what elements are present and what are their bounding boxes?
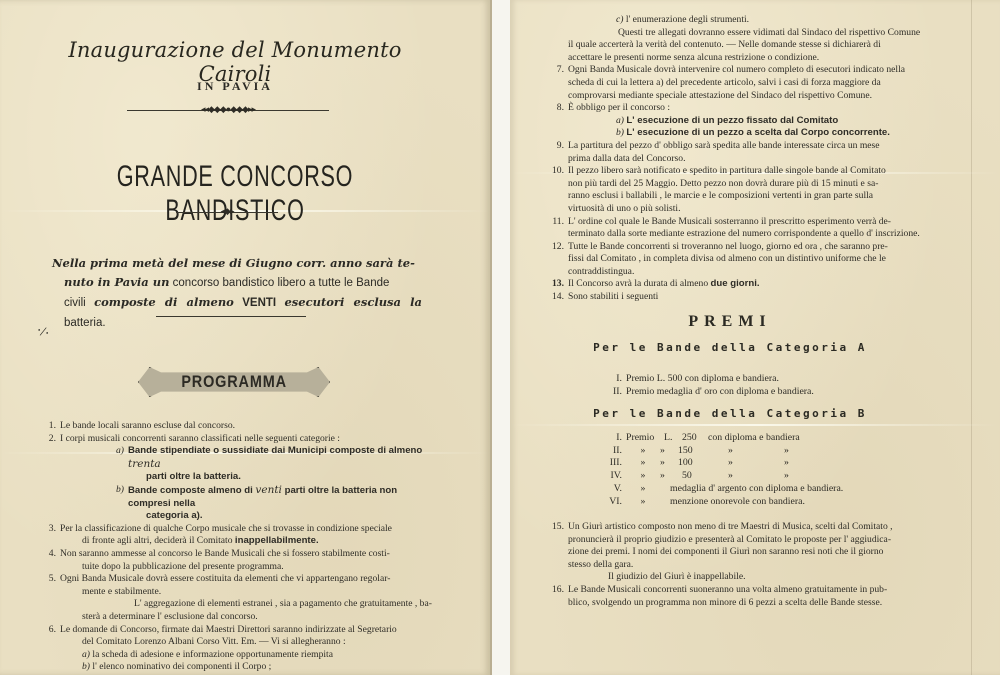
prize-cell: » bbox=[660, 457, 678, 470]
list-subitem: a) la scheda di adesione e informazione … bbox=[38, 649, 438, 662]
item-number: 11. bbox=[546, 216, 564, 229]
item-letter: b) bbox=[116, 484, 124, 497]
item-letter: b) bbox=[82, 661, 90, 672]
list-item: 5.Ogni Banda Musicale dovrà essere costi… bbox=[38, 573, 438, 623]
item-text: Ogni Banda Musicale dovrà essere costitu… bbox=[60, 573, 390, 584]
prize-text: medaglia d' argento con diploma e bandie… bbox=[660, 483, 843, 496]
item-number: 3. bbox=[38, 523, 56, 536]
item-text: non più tardi del 25 Maggio. Detto pezzo… bbox=[568, 178, 878, 189]
list-item: 8.È obbligo per il concorso : bbox=[546, 102, 966, 115]
item-letter: a) bbox=[116, 445, 124, 458]
rules-list-final: 15.Un Giurì artistico composto non meno … bbox=[546, 521, 966, 609]
list-item: 15.Un Giurì artistico composto non meno … bbox=[546, 521, 966, 584]
item-text: sterà a determinare l' esclusione dal co… bbox=[60, 611, 258, 622]
list-item: 13.Il Concorso avrà la durata di almeno … bbox=[546, 278, 966, 291]
ornament-icon: ◂◂◆◆◆●◆◆◆▸▸ bbox=[190, 104, 266, 115]
prize-row: VI.»menzione onorevole con bandiera. bbox=[590, 496, 843, 509]
prize-cell: L. bbox=[664, 432, 682, 445]
item-text: virtuosità di uno o più solisti. bbox=[568, 203, 680, 214]
prize-cell: » bbox=[784, 457, 789, 470]
prize-amount: 100 bbox=[678, 457, 728, 470]
prize-text: Premio L. 500 con diploma e bandiera. bbox=[626, 373, 779, 386]
list-subitem: b) l' elenco nominativo dei componenti i… bbox=[38, 661, 438, 674]
banner-label: PROGRAMMA bbox=[181, 372, 287, 392]
page-title: GRANDE CONCORSO BANDISTICO bbox=[109, 160, 361, 228]
item-text: di fronte agli altri, deciderà il Comita… bbox=[60, 535, 235, 546]
prize-amount: 250 bbox=[682, 432, 708, 445]
item-number: 14. bbox=[546, 291, 564, 304]
item-text: La partitura del pezzo d' obbligo sarà s… bbox=[568, 140, 880, 151]
item-number: 4. bbox=[38, 548, 56, 561]
item-number: 15. bbox=[546, 521, 564, 534]
prize-cell: » bbox=[626, 470, 660, 483]
item-number: 5. bbox=[38, 573, 56, 586]
item-number: 10. bbox=[546, 165, 564, 178]
list-item: 7.Ogni Banda Musicale dovrà intervenire … bbox=[546, 64, 966, 102]
item-text: scheda di cui la lettera a) del preceden… bbox=[568, 77, 881, 88]
prize-row: II.Premio medaglia d' oro con diploma e … bbox=[590, 386, 814, 399]
item-number: 6. bbox=[38, 624, 56, 637]
prize-ordinal: II. bbox=[590, 386, 626, 399]
list-subitem: b) L' esecuzione di un pezzo a scelta da… bbox=[546, 127, 966, 140]
list-item: 4.Non saranno ammesse al concorso le Ban… bbox=[38, 548, 438, 573]
item-text: Tutte le Bande concorrenti si troveranno… bbox=[568, 241, 888, 252]
rules-list-continued: c) l' enumerazione degli strumenti. Ques… bbox=[546, 14, 966, 304]
intro-line: Nella prima metà del mese di Giugno corr… bbox=[52, 256, 415, 270]
list-subitem: c) l' enumerazione degli strumenti. bbox=[546, 14, 966, 27]
item-bold: due giorni. bbox=[711, 278, 760, 289]
item-text: fissi dal Comitato , in completa divisa … bbox=[568, 253, 886, 264]
list-subitem: b)Bande composte almeno di venti parti o… bbox=[38, 484, 438, 523]
list-paragraph: Questi tre allegati dovranno essere vidi… bbox=[546, 27, 966, 65]
paper-crease bbox=[510, 424, 1000, 426]
prize-cell: » bbox=[626, 457, 660, 470]
category-a-heading: Per le Bande della Categoria A bbox=[510, 341, 950, 354]
intro-paragraph: Nella prima metà del mese di Giugno corr… bbox=[52, 254, 422, 333]
item-emphasis: venti bbox=[255, 484, 282, 496]
intro-text: civili bbox=[64, 297, 94, 309]
list-item: 1.Le bande locali saranno escluse dal co… bbox=[38, 420, 438, 433]
divider bbox=[156, 316, 306, 317]
prize-cell: » bbox=[728, 445, 784, 458]
prize-row: I.PremioL.250con diploma e bandiera bbox=[590, 432, 843, 445]
item-text: categoria a). bbox=[128, 510, 203, 521]
prize-cell: » bbox=[728, 457, 784, 470]
intro-line: nuto in Pavia un bbox=[64, 275, 169, 289]
item-text: ranno esclusi i ballabili , le marcie e … bbox=[568, 190, 873, 201]
prize-cell: » bbox=[784, 445, 789, 458]
prize-cell: » bbox=[660, 445, 678, 458]
prize-ordinal: V. bbox=[590, 483, 626, 496]
item-text: Per la classificazione di qualche Corpo … bbox=[60, 523, 392, 534]
item-letter: b) bbox=[616, 127, 624, 138]
list-subitem: a)Bande stipendiate o sussidiate dai Mun… bbox=[38, 445, 438, 484]
item-text: I corpi musicali concorrenti saranno cla… bbox=[60, 433, 340, 444]
item-number: 16. bbox=[546, 584, 564, 597]
item-text: tuite dopo la pubblicazione del presente… bbox=[60, 561, 284, 572]
right-page: c) l' enumerazione degli strumenti. Ques… bbox=[510, 0, 1000, 675]
list-item: 2.I corpi musicali concorrenti saranno c… bbox=[38, 433, 438, 446]
prize-cell: » bbox=[626, 445, 660, 458]
prize-row: I.Premio L. 500 con diploma e bandiera. bbox=[590, 373, 814, 386]
prize-ordinal: III. bbox=[590, 457, 626, 470]
programma-banner: PROGRAMMA bbox=[138, 367, 330, 397]
item-text: È obbligo per il concorso : bbox=[568, 102, 670, 113]
item-number: 12. bbox=[546, 241, 564, 254]
item-text: comprovarsi mediante speciale attestazio… bbox=[568, 90, 872, 101]
list-item: 3.Per la classificazione di qualche Corp… bbox=[38, 523, 438, 548]
left-page: Inaugurazione del Monumento Cairoli IN P… bbox=[0, 0, 492, 675]
item-text: Il Concorso avrà la durata di almeno bbox=[568, 278, 711, 289]
list-item: 10.Il pezzo libero sarà notificato e spe… bbox=[546, 165, 966, 215]
item-letter: a) bbox=[82, 649, 90, 660]
item-number: 7. bbox=[546, 64, 564, 77]
item-text: L' aggregazione di elementi estranei , s… bbox=[60, 598, 432, 609]
prize-cell: Premio bbox=[626, 432, 664, 445]
premi-heading: PREMI bbox=[510, 313, 950, 331]
prize-amount: 150 bbox=[678, 445, 728, 458]
item-text: Il giudizio del Giurì è inappellabile. bbox=[568, 571, 745, 582]
item-text: Non saranno ammesse al concorso le Bande… bbox=[60, 548, 390, 559]
item-text: Ogni Banda Musicale dovrà intervenire co… bbox=[568, 64, 905, 75]
item-text: mente e stabilmente. bbox=[60, 586, 161, 597]
item-text: contraddistingua. bbox=[568, 266, 634, 277]
item-text: Bande composte almeno di bbox=[128, 485, 255, 496]
item-text: prima dalla data del Concorso. bbox=[568, 153, 686, 164]
intro-text: batteria. bbox=[64, 317, 106, 329]
item-bold: L' esecuzione di un pezzo fissato dal Co… bbox=[626, 115, 838, 126]
prize-text: Premio medaglia d' oro con diploma e ban… bbox=[626, 386, 814, 399]
item-number: 8. bbox=[546, 102, 564, 115]
item-number: 1. bbox=[38, 420, 56, 433]
list-item: 11.L' ordine col quale le Bande Musicali… bbox=[546, 216, 966, 241]
prize-text: menzione onorevole con bandiera. bbox=[660, 496, 805, 509]
item-text: Le domande di Concorso, firmate dai Maes… bbox=[60, 624, 397, 635]
prize-ordinal: VI. bbox=[590, 496, 626, 509]
item-text: L' ordine col quale le Bande Musicali so… bbox=[568, 216, 891, 227]
paper-fold bbox=[971, 0, 972, 675]
item-text: zione dei premi. I nomi dei componenti i… bbox=[568, 546, 883, 557]
prize-cell: » bbox=[728, 470, 784, 483]
intro-line: concorso bandistico libero a tutte le Ba… bbox=[169, 277, 389, 289]
prize-cell: con diploma e bandiera bbox=[708, 432, 800, 445]
prize-cell: » bbox=[626, 483, 660, 496]
prize-row: V.»medaglia d' argento con diploma e ban… bbox=[590, 483, 843, 496]
prize-cell: » bbox=[626, 496, 660, 509]
category-b-prizes: I.PremioL.250con diploma e bandiera II.»… bbox=[590, 432, 843, 508]
item-number: 13. bbox=[546, 278, 564, 291]
item-text: Il pezzo libero sarà notificato e spedit… bbox=[568, 165, 886, 176]
item-number: 9. bbox=[546, 140, 564, 153]
prize-cell: » bbox=[784, 470, 789, 483]
prize-ordinal: I. bbox=[590, 373, 626, 386]
item-text: Questi tre allegati dovranno essere vidi… bbox=[568, 27, 920, 38]
item-text: Le bande locali saranno escluse dal conc… bbox=[60, 420, 235, 431]
item-number: 2. bbox=[38, 433, 56, 446]
item-text: parti oltre la batteria. bbox=[128, 471, 241, 482]
item-text: il quale accerterà la verità del contenu… bbox=[568, 39, 881, 50]
item-text: stesso della gara. bbox=[568, 559, 633, 570]
item-text: l' elenco nominativo dei componenti il C… bbox=[92, 661, 271, 672]
heading-city: IN PAVIA bbox=[55, 79, 415, 94]
category-a-prizes: I.Premio L. 500 con diploma e bandiera. … bbox=[590, 373, 814, 398]
item-text: blico, svolgendo un programma non minore… bbox=[568, 597, 882, 608]
item-text: Bande stipendiate o sussidiate dai Munic… bbox=[128, 445, 422, 456]
prize-cell: » bbox=[660, 470, 682, 483]
prize-row: IV.»»50»» bbox=[590, 470, 843, 483]
list-subitem: a) L' esecuzione di un pezzo fissato dal… bbox=[546, 115, 966, 128]
item-text: Un Giurì artistico composto non meno di … bbox=[568, 521, 893, 532]
list-item: 6.Le domande di Concorso, firmate dai Ma… bbox=[38, 624, 438, 649]
prize-ordinal: I. bbox=[590, 432, 626, 445]
item-text: pronuncierà il proprio giudizio e presen… bbox=[568, 534, 891, 545]
item-bold: L' esecuzione di un pezzo a scelta dal C… bbox=[626, 127, 890, 138]
prize-ordinal: II. bbox=[590, 445, 626, 458]
rules-list: 1.Le bande locali saranno escluse dal co… bbox=[38, 420, 438, 674]
intro-text: composte di almeno bbox=[94, 295, 234, 309]
item-text: Sono stabiliti i seguenti bbox=[568, 291, 658, 302]
margin-mark: ·/· bbox=[34, 323, 52, 343]
prize-row: II.»»150»» bbox=[590, 445, 843, 458]
category-b-heading: Per le Bande della Categoria B bbox=[510, 407, 950, 420]
item-text: terminato dalla sorte mediante estrazion… bbox=[568, 228, 920, 239]
item-text: del Comitato Lorenzo Albani Corso Vitt. … bbox=[60, 636, 346, 647]
item-bold: inappellabilmente. bbox=[235, 535, 319, 546]
list-item: 16.Le Bande Musicali concorrenti suonera… bbox=[546, 584, 966, 609]
item-text: l' enumerazione degli strumenti. bbox=[626, 14, 749, 25]
item-text: la scheda di adesione e informazione opp… bbox=[92, 649, 333, 660]
list-item: 12.Tutte le Bande concorrenti si trovera… bbox=[546, 241, 966, 279]
intro-text: VENTI bbox=[234, 297, 285, 309]
item-letter: a) bbox=[616, 115, 624, 126]
prize-row: III.»»100»» bbox=[590, 457, 843, 470]
prize-ordinal: IV. bbox=[590, 470, 626, 483]
intro-text: esecutori esclusa la bbox=[284, 295, 422, 309]
item-text: Le Bande Musicali concorrenti suoneranno… bbox=[568, 584, 887, 595]
item-letter: c) bbox=[616, 14, 623, 25]
list-item: 9.La partitura del pezzo d' obbligo sarà… bbox=[546, 140, 966, 165]
list-item: 14.Sono stabiliti i seguenti bbox=[546, 291, 966, 304]
item-text: accettare le presenti norme senza alcuna… bbox=[568, 52, 819, 63]
item-emphasis: trenta bbox=[128, 458, 161, 470]
ornament-icon: ◂◆▸ bbox=[210, 206, 244, 217]
prize-amount: 50 bbox=[682, 470, 728, 483]
